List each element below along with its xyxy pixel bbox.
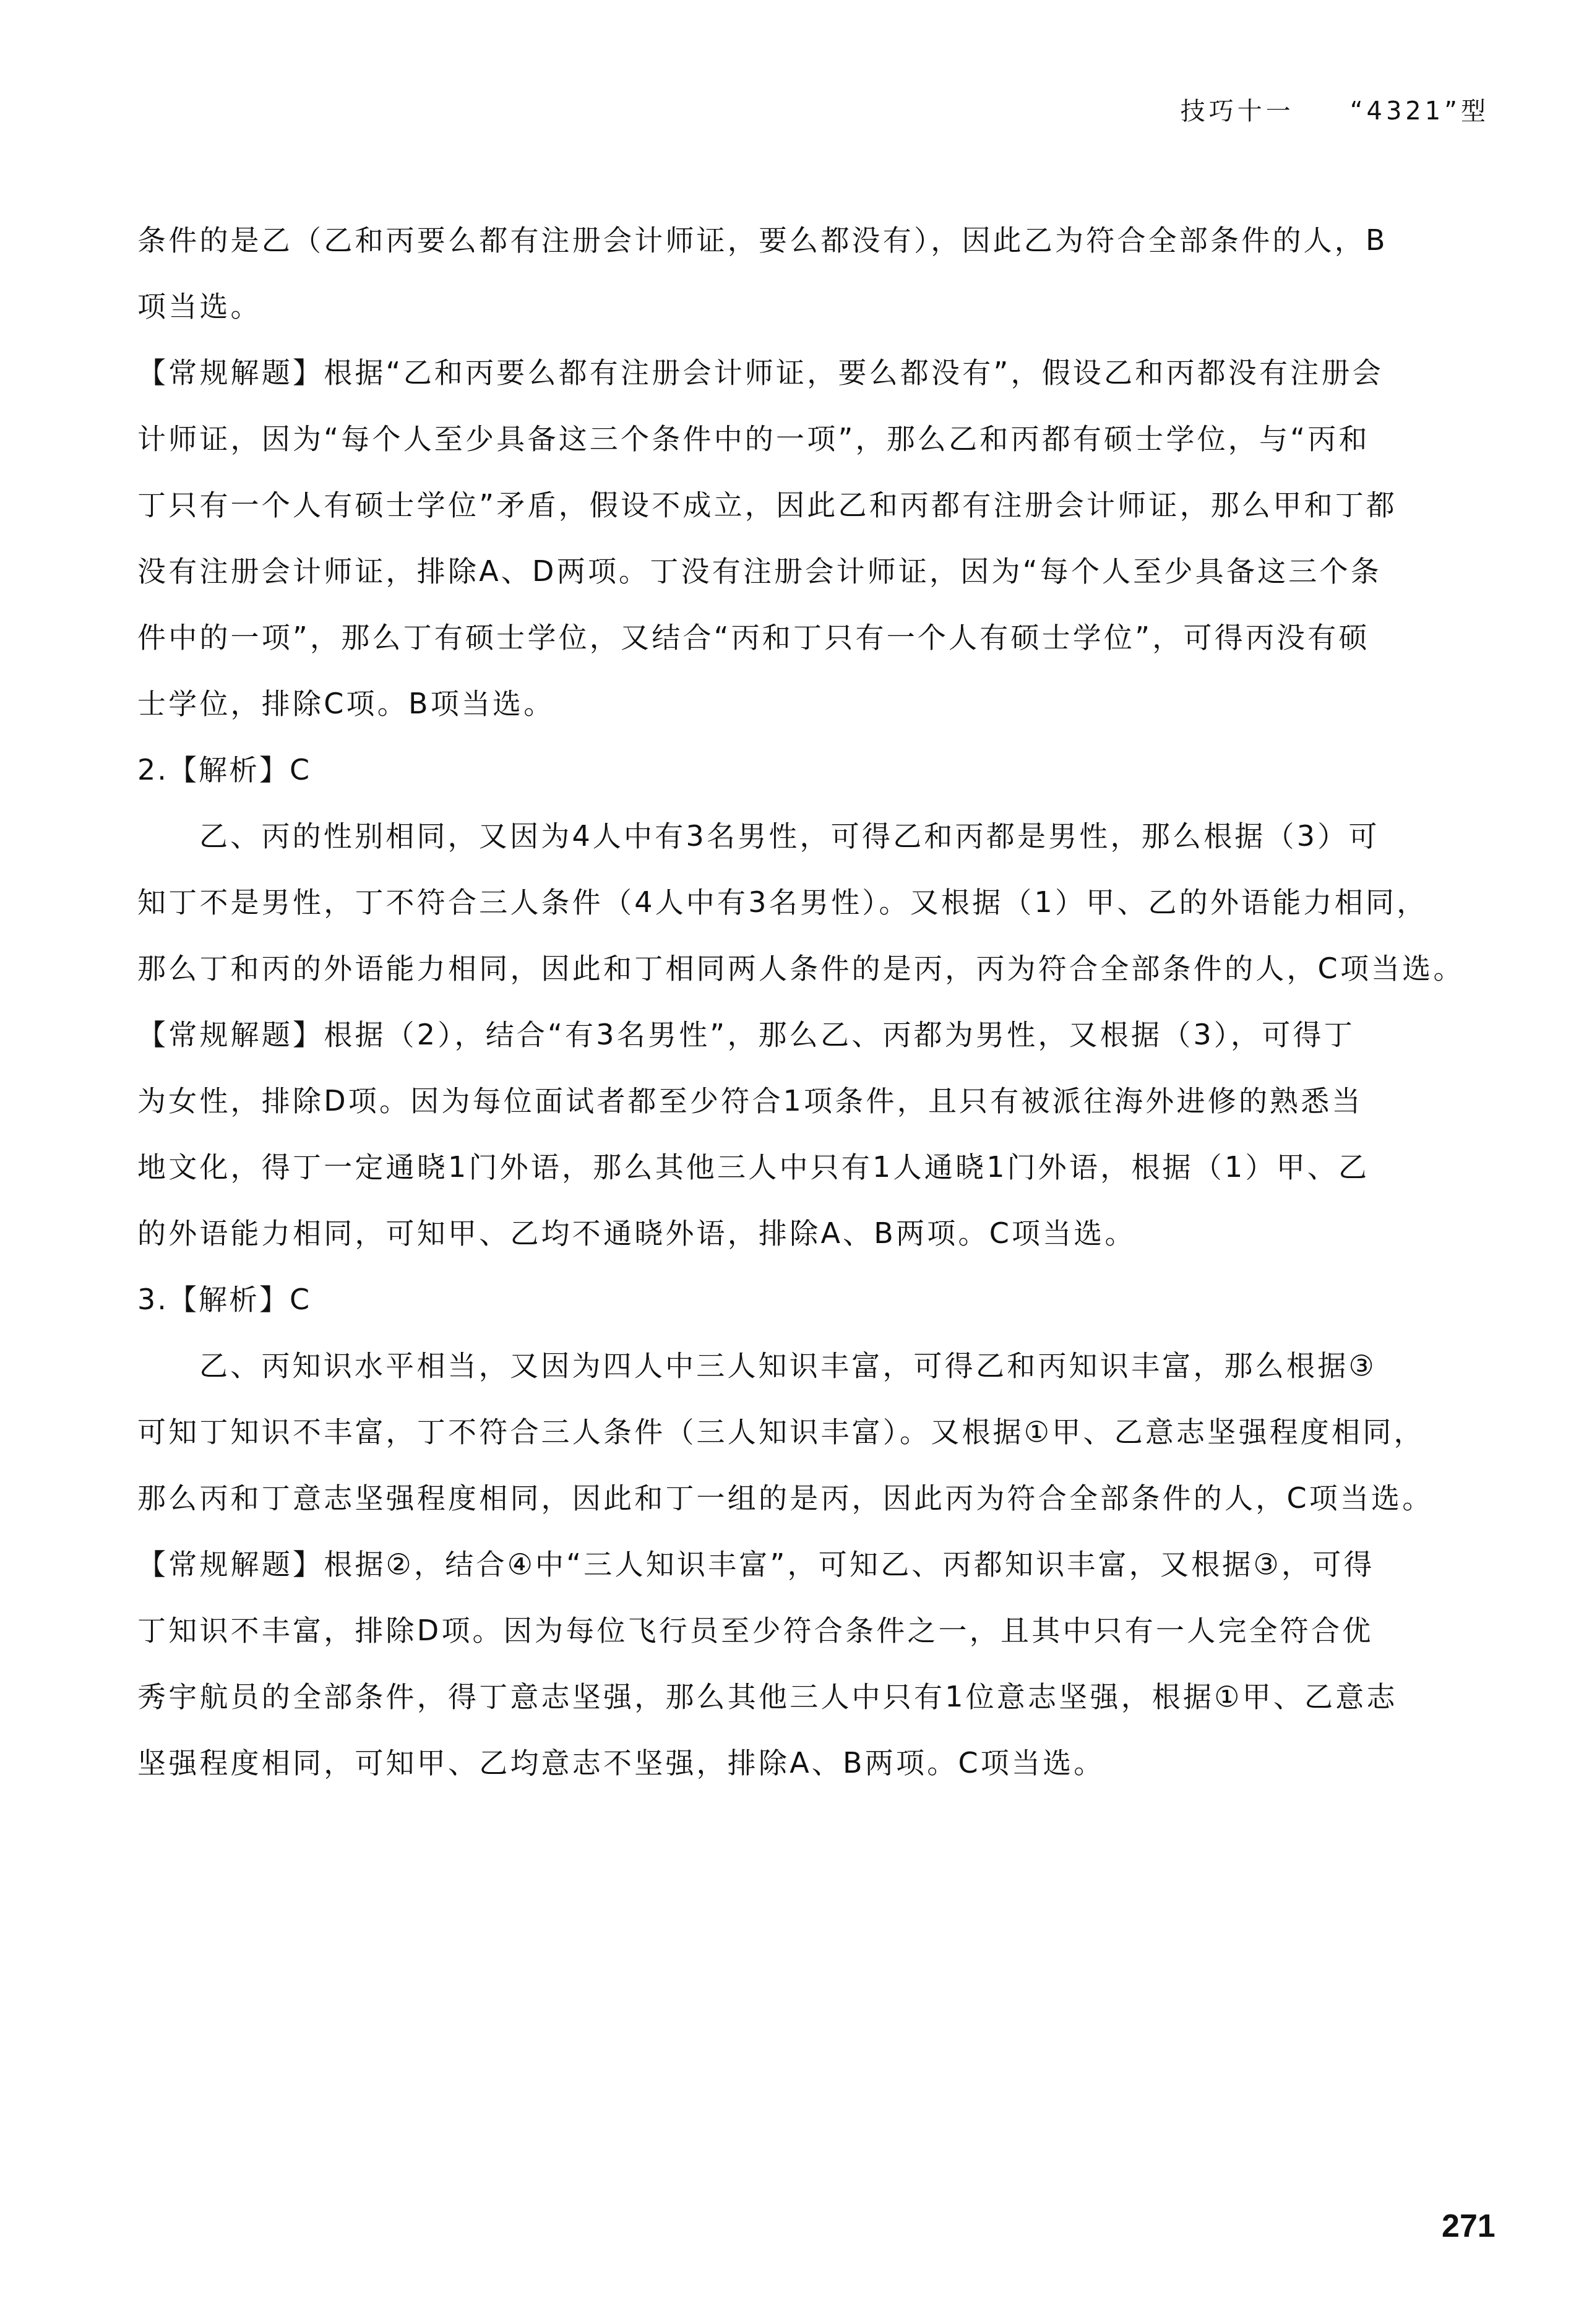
paragraph-line: 乙、丙的性别相同，又因为4人中有3名男性，可得乙和丙都是男性，那么根据（3）可 xyxy=(137,803,1431,869)
paragraph-line: 项当选。 xyxy=(137,273,1431,340)
paragraph-line: 丁只有一个人有硕士学位”矛盾，假设不成立，因此乙和丙都有注册会计师证，那么甲和丁… xyxy=(137,472,1431,538)
paragraph-line: 条件的是乙（乙和丙要么都有注册会计师证，要么都没有），因此乙为符合全部条件的人，… xyxy=(137,207,1431,273)
section-1-continuation: 条件的是乙（乙和丙要么都有注册会计师证，要么都没有），因此乙为符合全部条件的人，… xyxy=(137,207,1431,737)
paragraph-line: 那么丁和丙的外语能力相同，因此和丁相同两人条件的是丙，丙为符合全部条件的人，C项… xyxy=(137,936,1431,1002)
page-body: 条件的是乙（乙和丙要么都有注册会计师证，要么都没有），因此乙为符合全部条件的人，… xyxy=(137,207,1431,1796)
paragraph-line: 为女性，排除D项。因为每位面试者都至少符合1项条件，且只有被派往海外进修的熟悉当 xyxy=(137,1068,1431,1134)
page-number: 271 xyxy=(1442,2208,1496,2245)
paragraph-line: 件中的一项”，那么丁有硕士学位，又结合“丙和丁只有一个人有硕士学位”，可得丙没有… xyxy=(137,605,1431,671)
paragraph-line: 乙、丙知识水平相当，又因为四人中三人知识丰富，可得乙和丙知识丰富，那么根据③ xyxy=(137,1333,1431,1399)
paragraph-line: 计师证，因为“每个人至少具备这三个条件中的一项”，那么乙和丙都有硕士学位，与“丙… xyxy=(137,406,1431,472)
running-header: 技巧十一“4321”型 xyxy=(1181,92,1489,127)
section-2: 2.【解析】C 乙、丙的性别相同，又因为4人中有3名男性，可得乙和丙都是男性，那… xyxy=(137,737,1431,1267)
paragraph-line: 丁知识不丰富，排除D项。因为每位飞行员至少符合条件之一，且其中只有一人完全符合优 xyxy=(137,1598,1431,1664)
paragraph-line: 秀宇航员的全部条件，得丁意志坚强，那么其他三人中只有1位意志坚强，根据①甲、乙意… xyxy=(137,1664,1431,1730)
paragraph-line: 士学位，排除C项。B项当选。 xyxy=(137,671,1431,737)
paragraph-line: 可知丁知识不丰富，丁不符合三人条件（三人知识丰富）。又根据①甲、乙意志坚强程度相… xyxy=(137,1399,1431,1465)
section-heading: 3.【解析】C xyxy=(137,1267,1431,1333)
paragraph-line: 【常规解题】根据②，结合④中“三人知识丰富”，可知乙、丙都知识丰富，又根据③，可… xyxy=(137,1531,1431,1598)
paragraph-line: 的外语能力相同，可知甲、乙均不通晓外语，排除A、B两项。C项当选。 xyxy=(137,1200,1431,1267)
paragraph-line: 地文化，得丁一定通晓1门外语，那么其他三人中只有1人通晓1门外语，根据（1）甲、… xyxy=(137,1134,1431,1200)
chapter-title: “4321”型 xyxy=(1350,97,1489,126)
section-heading: 2.【解析】C xyxy=(137,737,1431,803)
paragraph-line: 坚强程度相同，可知甲、乙均意志不坚强，排除A、B两项。C项当选。 xyxy=(137,1730,1431,1796)
chapter-label: 技巧十一 xyxy=(1181,97,1294,126)
paragraph-line: 【常规解题】根据“乙和丙要么都有注册会计师证，要么都没有”，假设乙和丙都没有注册… xyxy=(137,340,1431,406)
section-3: 3.【解析】C 乙、丙知识水平相当，又因为四人中三人知识丰富，可得乙和丙知识丰富… xyxy=(137,1267,1431,1796)
paragraph-line: 没有注册会计师证，排除A、D两项。丁没有注册会计师证，因为“每个人至少具备这三个… xyxy=(137,538,1431,605)
paragraph-line: 那么丙和丁意志坚强程度相同，因此和丁一组的是丙，因此丙为符合全部条件的人，C项当… xyxy=(137,1465,1431,1531)
paragraph-line: 知丁不是男性，丁不符合三人条件（4人中有3名男性）。又根据（1）甲、乙的外语能力… xyxy=(137,869,1431,936)
paragraph-line: 【常规解题】根据（2），结合“有3名男性”，那么乙、丙都为男性，又根据（3），可… xyxy=(137,1002,1431,1068)
